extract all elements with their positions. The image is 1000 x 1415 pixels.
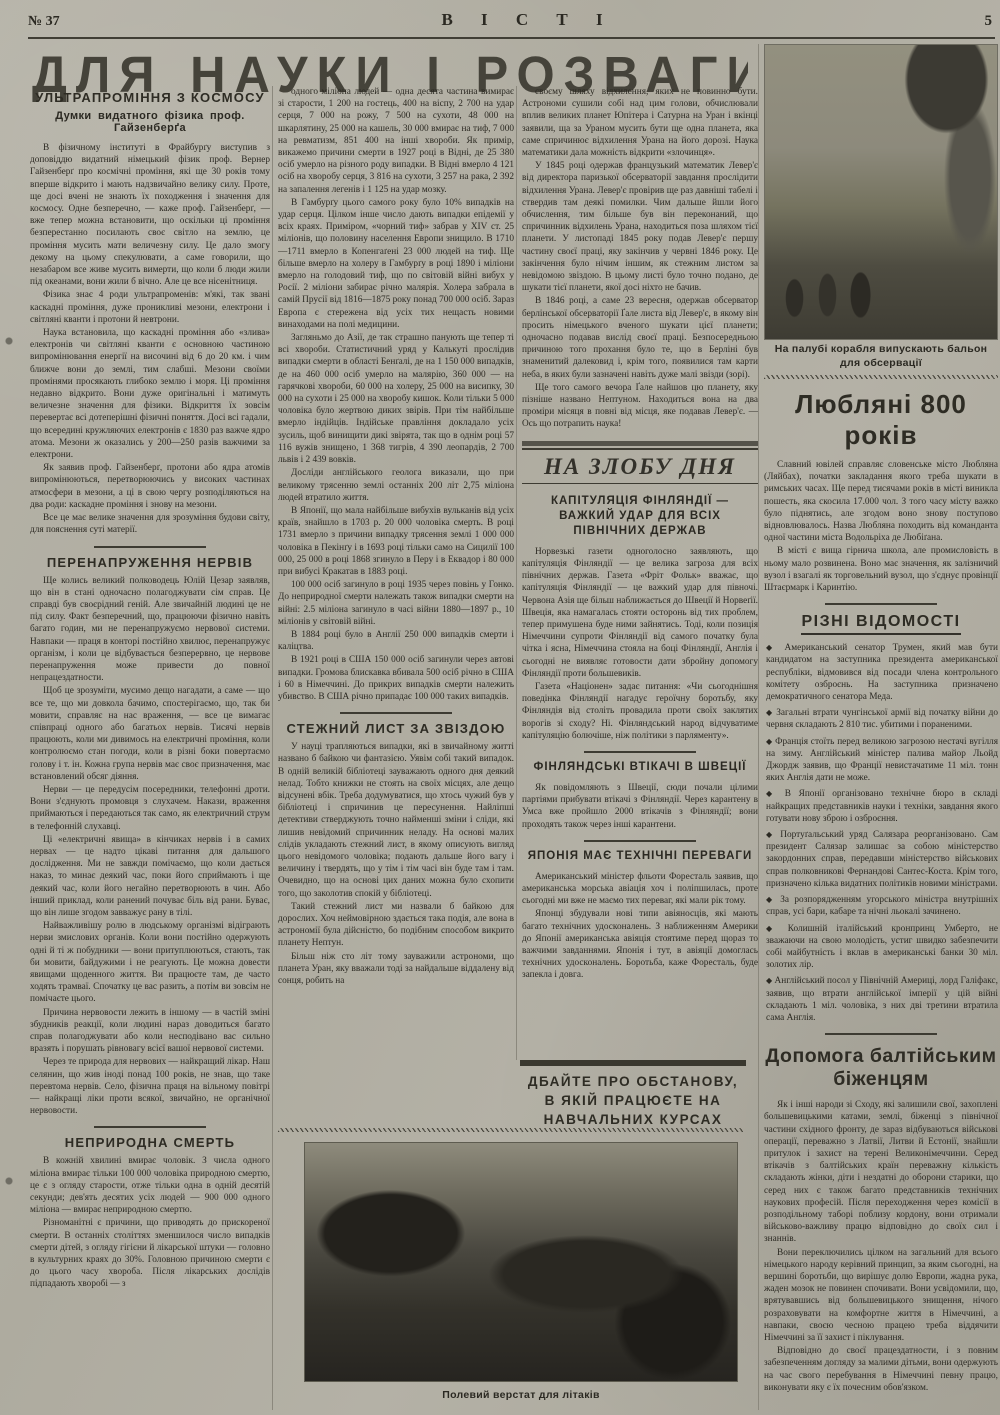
article-warrant-for-a-star: СТЕЖНИЙ ЛИСТ ЗА ЗВІЗДОЮ У науці трапляют…: [278, 721, 514, 987]
paragraph: Газета «Націонен» задає питання: «Чи сьо…: [522, 681, 758, 742]
paragraph: У науці трапляються випадки, які в звича…: [278, 741, 514, 900]
article-body: Як повідомляють з Швеції, сюди почали ці…: [522, 782, 758, 831]
news-item: Американський сенатор Трумен, який мав б…: [764, 642, 998, 703]
paragraph: Причина нервовости лежить в іншому — в ч…: [30, 1007, 270, 1056]
notice-banner: ДБАЙТЕ ПРО ОБСТАНОВУ, В ЯКІЙ ПРАЦЮЄТЕ НА…: [520, 1060, 746, 1129]
section-divider: [94, 546, 206, 548]
section-bar: [522, 441, 758, 446]
paragraph: В 1921 році в США 150 000 осіб загинули …: [278, 654, 514, 703]
article-title: Допомога балтійським біженцям: [764, 1045, 998, 1091]
paragraph: Різноманітні є причини, що приводять до …: [30, 1217, 270, 1290]
paragraph: своєму шляху відхилення, яких не повинно…: [522, 86, 758, 159]
news-items: Американський сенатор Трумен, який мав б…: [764, 642, 998, 1024]
paragraph: Ще колись великий полководець Юлій Цезар…: [30, 575, 270, 685]
article-body: Американський міністер фльоти Форесталь …: [522, 871, 758, 982]
section-rule: [522, 483, 758, 484]
paragraph: 100 000 осіб загинуло в році 1935 через …: [278, 579, 514, 628]
article-ultra-rays: УЛЬТРАПРОМІННЯ З КОСМОСУ Думки видатного…: [30, 90, 270, 537]
section-divider: [340, 712, 452, 714]
paragraph: Відповідно до своєї працездатности, і з …: [764, 1345, 998, 1394]
paragraph: В 1884 році було в Англії 250 000 випадк…: [278, 629, 514, 653]
paragraph: Досліди англійського геолога виказали, щ…: [278, 467, 514, 504]
news-item: Колишній італійський кронпринц Умберто, …: [764, 923, 998, 972]
article-unnatural-death: НЕПРИРОДНА СМЕРТЬ В кожній хвилині вмира…: [30, 1135, 270, 1290]
section-title: РІЗНІ ВІДОМОСТІ: [801, 613, 960, 635]
paragraph: Японці збудували нові типи авіяносців, я…: [522, 908, 758, 981]
ship-balloon-photo: [764, 44, 998, 340]
column-2: одного міліона людей — одна десята части…: [278, 86, 514, 1068]
article-body: Як і інші народи зі Сходу, які залишили …: [764, 1099, 998, 1394]
section-divider: [825, 1033, 937, 1035]
paragraph: Фізика знає 4 роди ультрапроменів: м'які…: [30, 289, 270, 326]
paragraph: Такий стежний лист ми назвали б байкою д…: [278, 901, 514, 950]
news-item: Портуґальський уряд Салязара реорганізов…: [764, 829, 998, 890]
misc-news-section: РІЗНІ ВІДОМОСТІ Американський сенатор Тр…: [764, 613, 998, 1024]
article-title: ПЕРЕНАПРУЖЕННЯ НЕРВІВ: [30, 555, 270, 570]
column-rule: [758, 44, 759, 1410]
workshop-photo-caption: Полевий верстат для літаків: [304, 1388, 738, 1402]
ship-photo-caption: На палубі корабля випускають бальон для …: [764, 342, 998, 370]
airplane-workshop-photo: [304, 1142, 738, 1382]
column-3: своєму шляху відхилення, яких не повинно…: [522, 86, 758, 1060]
paragraph: Щоб це зрозуміти, мусимо дещо нагадати, …: [30, 685, 270, 783]
paragraph: В Японії, що мала найбільше вибухів вуль…: [278, 505, 514, 578]
article-finland-capitulation: КАПІТУЛЯЦІЯ ФІНЛЯНДІЇ — ВАЖКИЙ УДАР ДЛЯ …: [522, 494, 758, 742]
paragraph: Через те природа для нервових — найкращи…: [30, 1056, 270, 1117]
article-finnish-refugees: ФІНЛЯНДСЬКІ ВТІКАЧІ В ШВЕЦІЇ Як повідомл…: [522, 760, 758, 831]
article-body: Ще колись великий полководець Юлій Цезар…: [30, 575, 270, 1118]
paragraph: У 1845 році одержав французький математи…: [522, 160, 758, 294]
article-unnatural-death-continued: одного міліона людей — одна десята части…: [278, 86, 514, 703]
wavy-rule: [278, 1128, 744, 1132]
masthead: № 37 В І С Т І 5: [28, 10, 992, 30]
paragraph: Норвезькі газети одноголосно заявляють, …: [522, 546, 758, 680]
column-1: УЛЬТРАПРОМІННЯ З КОСМОСУ Думки видатного…: [30, 86, 270, 1410]
wavy-rule: [764, 375, 998, 379]
article-baltic-refugees: Допомога балтійським біженцям Як і інші …: [764, 1045, 998, 1394]
section-divider: [94, 1126, 206, 1128]
paragraph: Як заявив проф. Гайзенберґ, протони або …: [30, 462, 270, 511]
masthead-rule: [28, 37, 995, 39]
news-item: За розпорядженням угорського міністра вн…: [764, 894, 998, 918]
article-warrant-for-a-star-continued: своєму шляху відхилення, яких не повинно…: [522, 86, 758, 431]
paragraph: Ці «електричні явища» в кінчиках нервів …: [30, 834, 270, 919]
article-title: Любляні 800 років: [764, 389, 998, 451]
paragraph: В кожній хвилині вмирає чоловік. З числа…: [30, 1155, 270, 1216]
article-title: НЕПРИРОДНА СМЕРТЬ: [30, 1135, 270, 1150]
paragraph: Ще того самого вечора Ґале найшов цю пла…: [522, 382, 758, 431]
article-nerve-strain: ПЕРЕНАПРУЖЕННЯ НЕРВІВ Ще колись великий …: [30, 555, 270, 1118]
article-title: КАПІТУЛЯЦІЯ ФІНЛЯНДІЇ — ВАЖКИЙ УДАР ДЛЯ …: [526, 494, 754, 539]
article-body: В фізичному інституті в Фрайбурґу виступ…: [30, 142, 270, 537]
news-item: Загальні втрати чунгінської армії від по…: [764, 707, 998, 731]
news-item: Англійський посол у Північній Америці, л…: [764, 975, 998, 1024]
paragraph: В фізичному інституті в Фрайбурґу виступ…: [30, 142, 270, 288]
column-rule: [272, 86, 273, 1410]
article-body: Норвезькі газети одноголосно заявляють, …: [522, 546, 758, 742]
sailor-figures: [778, 262, 888, 322]
paragraph: В місті є вища гірнича школа, але промис…: [764, 545, 998, 594]
banner-bar: [520, 1060, 746, 1066]
paragraph: Все це має велике значення для зрозумінн…: [30, 512, 270, 536]
article-title: УЛЬТРАПРОМІННЯ З КОСМОСУ: [30, 90, 270, 105]
banner-text: ДБАЙТЕ ПРО ОБСТАНОВУ, В ЯКІЙ ПРАЦЮЄТЕ НА…: [520, 1072, 746, 1129]
article-title: ФІНЛЯНДСЬКІ ВТІКАЧІ В ШВЕЦІЇ: [526, 760, 754, 775]
paragraph: В Гамбурґу цього самого року було 10% ви…: [278, 197, 514, 331]
paragraph: Вони переключились цілком на загальний д…: [764, 1247, 998, 1345]
article-subtitle: Думки видатного фізика проф. Гайзенберґа: [30, 110, 270, 134]
article-body: Славний ювілей справляє словенське місто…: [764, 459, 998, 594]
section-title: НА ЗЛОБУ ДНЯ: [522, 454, 758, 480]
newspaper-page: № 37 В І С Т І 5 ДЛЯ НАУКИ І РОЗВАГИ УЛЬ…: [0, 0, 1000, 1415]
section-divider: [584, 840, 696, 842]
article-ljubljana: Любляні 800 років Славний ювілей справля…: [764, 389, 998, 594]
paragraph: Американський міністер фльоти Форесталь …: [522, 871, 758, 908]
newspaper-title: В І С Т І: [429, 10, 614, 30]
section-divider: [825, 603, 937, 605]
section-bar: [522, 448, 758, 450]
paragraph: Більш ніж сто літ тому зауважили астроно…: [278, 951, 514, 988]
paragraph: Загляньмо до Азії, де так страшно пануют…: [278, 332, 514, 466]
article-title: СТЕЖНИЙ ЛИСТ ЗА ЗВІЗДОЮ: [278, 721, 514, 736]
article-japan-advantages: ЯПОНІЯ МАЄ ТЕХНІЧНІ ПЕРЕВАГИ Американськ…: [522, 849, 758, 982]
paragraph: одного міліона людей — одна десята части…: [278, 86, 514, 196]
paragraph: Славний ювілей справляє словенське місто…: [764, 459, 998, 544]
na-zlobu-dnia-section: НА ЗЛОБУ ДНЯ КАПІТУЛЯЦІЯ ФІНЛЯНДІЇ — ВАЖ…: [522, 441, 758, 982]
paragraph: Наука встановила, що каскадні проміння а…: [30, 327, 270, 461]
issue-number: № 37: [28, 14, 60, 30]
article-title: ЯПОНІЯ МАЄ ТЕХНІЧНІ ПЕРЕВАГИ: [526, 849, 754, 864]
section-divider: [584, 751, 696, 753]
article-body: У науці трапляються випадки, які в звича…: [278, 741, 514, 987]
paragraph: Найважливішу ролю в людському організмі …: [30, 920, 270, 1005]
column-rule: [516, 86, 517, 1060]
paragraph: Нерви — це передусім посередники, телефо…: [30, 784, 270, 833]
news-item: В Японії організовано технічне бюро в ск…: [764, 788, 998, 825]
page-number: 5: [984, 13, 992, 30]
article-body: В кожній хвилині вмирає чоловік. З числа…: [30, 1155, 270, 1290]
paragraph: В 1846 році, а саме 23 вересня, одержав …: [522, 295, 758, 380]
news-item: Франція стоїть перед великою загрозою не…: [764, 736, 998, 785]
paragraph: Як повідомляють з Швеції, сюди почали ці…: [522, 782, 758, 831]
paragraph: Як і інші народи зі Сходу, які залишили …: [764, 1099, 998, 1245]
column-4: На палубі корабля випускають бальон для …: [764, 342, 998, 1410]
